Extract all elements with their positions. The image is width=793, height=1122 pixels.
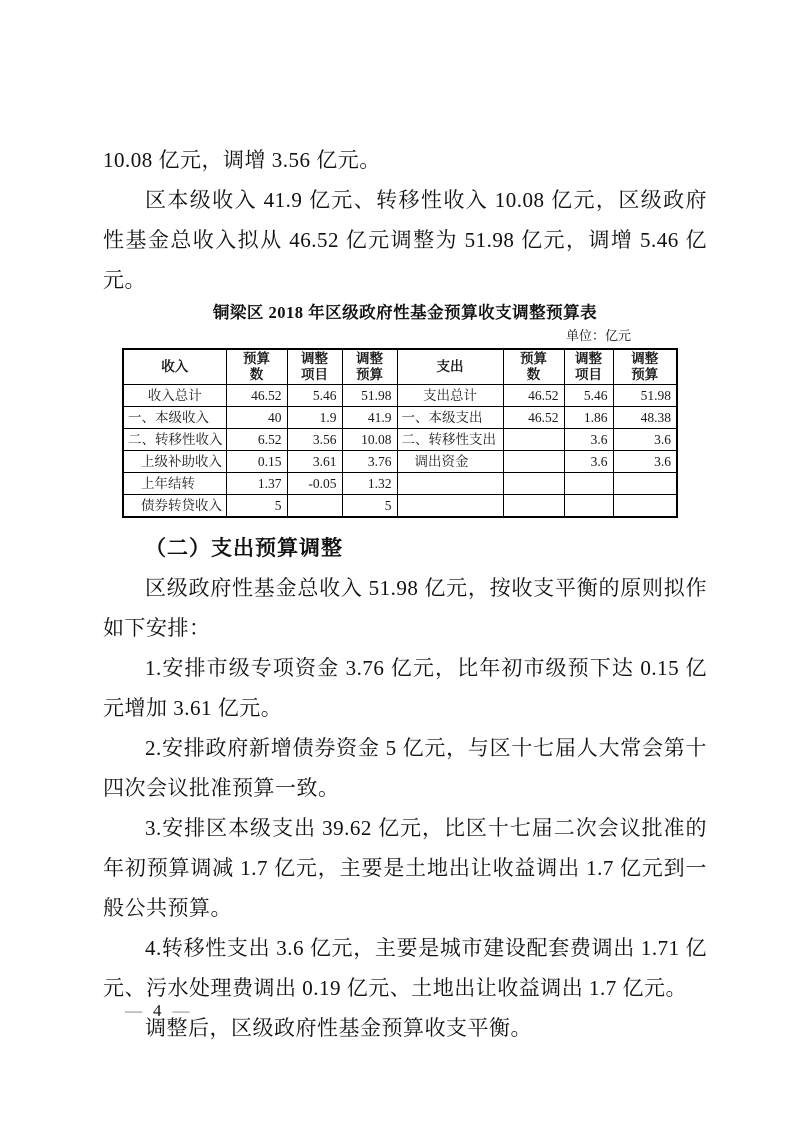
page-number-value: 4: [153, 1001, 162, 1020]
table-cell: 1.37: [226, 473, 287, 495]
table-cell: 调出资金: [397, 451, 503, 473]
table-cell: 10.08: [342, 429, 397, 451]
document-page: 10.08 亿元，调增 3.56 亿元。 区本级收入 41.9 亿元、转移性收入…: [0, 0, 793, 1122]
table-cell: 1.86: [564, 407, 613, 429]
paragraph-closing: 调整后，区级政府性基金预算收支平衡。: [103, 1008, 707, 1048]
table-cell: [613, 473, 677, 495]
table-cell: 5: [226, 495, 287, 518]
table-cell: 1.9: [287, 407, 342, 429]
table-cell: 支出总计: [397, 385, 503, 407]
table-cell: [287, 495, 342, 518]
table-cell: [503, 429, 564, 451]
paragraph-income-summary: 区本级收入 41.9 亿元、转移性收入 10.08 亿元，区级政府性基金总收入拟…: [103, 180, 707, 300]
table-cell: 上级补助收入: [123, 451, 226, 473]
table-cell: 3.6: [613, 429, 677, 451]
table-cell: 41.9: [342, 407, 397, 429]
col-header-expense: 支出: [397, 349, 503, 385]
table-cell: 二、转移性收入: [123, 429, 226, 451]
table-row: 上级补助收入 0.15 3.61 3.76 调出资金 3.6 3.6: [123, 451, 677, 473]
table-cell: 46.52: [226, 385, 287, 407]
col-header-adjust-item-2: 调整 项目: [564, 349, 613, 385]
table-unit-label: 单位：亿元: [103, 326, 707, 346]
table-cell: [503, 451, 564, 473]
table-cell: [564, 495, 613, 518]
table-row: 收入总计 46.52 5.46 51.98 支出总计 46.52 5.46 51…: [123, 385, 677, 407]
paragraph-item-1: 1.安排市级专项资金 3.76 亿元，比年初市级预下达 0.15 亿元增加 3.…: [103, 648, 707, 728]
table-cell: 51.98: [342, 385, 397, 407]
page-number: —4—: [125, 999, 190, 1023]
table-header-row: 收入 预算 数 调整 项目 调整 预算 支出 预算 数 调整 项目 调整 预算: [123, 349, 677, 385]
table-cell: 46.52: [503, 407, 564, 429]
col-header-adjust-item: 调整 项目: [287, 349, 342, 385]
page-number-dash-left: —: [125, 1001, 142, 1020]
table-row: 一、本级收入 40 1.9 41.9 一、本级支出 46.52 1.86 48.…: [123, 407, 677, 429]
table-cell: [613, 495, 677, 518]
table-cell: 51.98: [613, 385, 677, 407]
table-cell: 3.61: [287, 451, 342, 473]
col-header-budget: 预算 数: [226, 349, 287, 385]
col-header-adjusted-budget-2: 调整 预算: [613, 349, 677, 385]
col-header-income: 收入: [123, 349, 226, 385]
table-cell: 3.6: [564, 429, 613, 451]
table-title: 铜梁区 2018 年区级政府性基金预算收支调整预算表: [103, 300, 707, 326]
table-cell: 一、本级支出: [397, 407, 503, 429]
page-number-dash-right: —: [173, 1001, 190, 1020]
page-content: 10.08 亿元，调增 3.56 亿元。 区本级收入 41.9 亿元、转移性收入…: [103, 140, 707, 1048]
section-heading-expense-adjustment: （二）支出预算调整: [103, 528, 707, 568]
table-cell: 债券转贷收入: [123, 495, 226, 518]
table-row: 上年结转 1.37 -0.05 1.32: [123, 473, 677, 495]
table-cell: [503, 495, 564, 518]
table-cell: 40: [226, 407, 287, 429]
table-row: 二、转移性收入 6.52 3.56 10.08 二、转移性支出 3.6 3.6: [123, 429, 677, 451]
table-cell: [397, 473, 503, 495]
table-cell: 5.46: [564, 385, 613, 407]
table-cell: 3.6: [564, 451, 613, 473]
table-cell: 3.76: [342, 451, 397, 473]
budget-adjustment-table: 收入 预算 数 调整 项目 调整 预算 支出 预算 数 调整 项目 调整 预算 …: [122, 348, 678, 518]
table-cell: [564, 473, 613, 495]
table-cell: 0.15: [226, 451, 287, 473]
table-cell: 收入总计: [123, 385, 226, 407]
paragraph-item-4: 4.转移性支出 3.6 亿元，主要是城市建设配套费调出 1.71 亿元、污水处理…: [103, 928, 707, 1008]
table-row: 债券转贷收入 5 5: [123, 495, 677, 518]
table-cell: 5.46: [287, 385, 342, 407]
table-cell: 46.52: [503, 385, 564, 407]
paragraph-continuation: 10.08 亿元，调增 3.56 亿元。: [103, 140, 707, 180]
table-cell: 48.38: [613, 407, 677, 429]
table-cell: [397, 495, 503, 518]
table-cell: 6.52: [226, 429, 287, 451]
table-cell: 5: [342, 495, 397, 518]
table-cell: 1.32: [342, 473, 397, 495]
col-header-adjusted-budget: 调整 预算: [342, 349, 397, 385]
table-cell: -0.05: [287, 473, 342, 495]
table-cell: 一、本级收入: [123, 407, 226, 429]
paragraph-expense-overview: 区级政府性基金总收入 51.98 亿元，按收支平衡的原则拟作如下安排：: [103, 568, 707, 648]
table-cell: 二、转移性支出: [397, 429, 503, 451]
table-cell: [503, 473, 564, 495]
col-header-budget-2: 预算 数: [503, 349, 564, 385]
table-cell: 3.6: [613, 451, 677, 473]
table-cell: 上年结转: [123, 473, 226, 495]
paragraph-item-3: 3.安排区本级支出 39.62 亿元，比区十七届二次会议批准的年初预算调减 1.…: [103, 808, 707, 928]
paragraph-item-2: 2.安排政府新增债券资金 5 亿元，与区十七届人大常会第十四次会议批准预算一致。: [103, 728, 707, 808]
table-cell: 3.56: [287, 429, 342, 451]
